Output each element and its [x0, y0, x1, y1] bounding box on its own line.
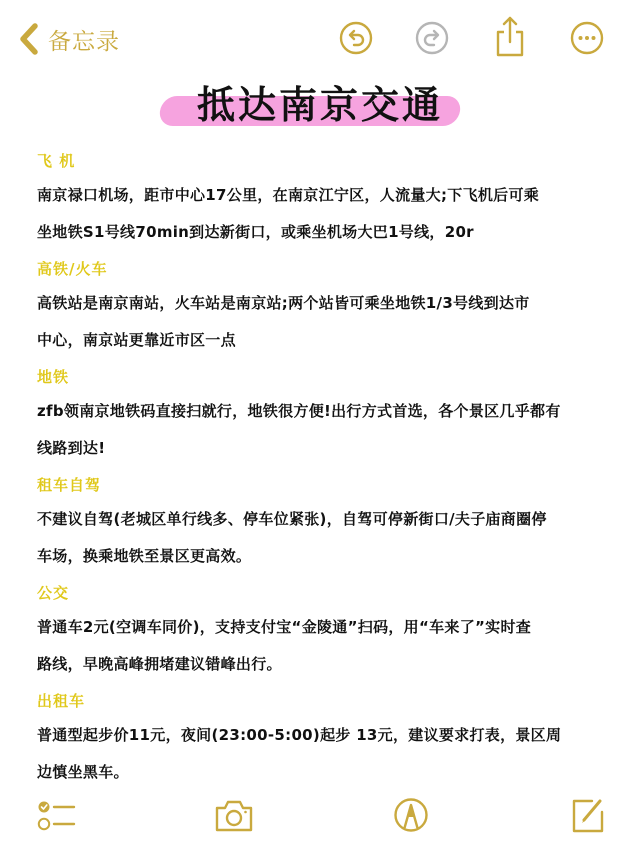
redo-button[interactable]: [414, 20, 450, 56]
section-car-rental: 租车自驾 不建议自驾(老城区单行线多、停车位紧张)，自驾可停新街口/夫子庙商圈停…: [37, 469, 627, 575]
share-button[interactable]: [492, 14, 528, 58]
camera-button[interactable]: [213, 798, 255, 834]
body-line: 高铁站是南京南站，火车站是南京站;两个站皆可乘坐地铁1/3号线到达市: [37, 285, 627, 322]
checklist-icon: [36, 798, 78, 834]
bottom-toolbar: [0, 795, 640, 847]
section-heading: 高铁/火车: [37, 253, 627, 285]
body-line: 线路到达!: [37, 430, 627, 467]
section-heading: 公交: [37, 577, 627, 609]
top-nav-bar: 备忘录: [0, 0, 640, 76]
section-plane: 飞 机 南京禄口机场，距市中心17公里，在南京江宁区，人流量大;下飞机后可乘 坐…: [37, 145, 627, 251]
body-line: 普通型起步价11元，夜间(23:00-5:00)起步 13元，建议要求打表，景区…: [37, 717, 627, 754]
section-heading: 飞 机: [37, 145, 627, 177]
body-line: 坐地铁S1号线70min到达新街口，或乘坐机场大巴1号线，20r: [37, 214, 627, 251]
body-line: 车场，换乘地铁至景区更高效。: [37, 538, 627, 575]
section-heading: 地铁: [37, 361, 627, 393]
checklist-button[interactable]: [36, 798, 78, 834]
body-line: 南京禄口机场，距市中心17公里，在南京江宁区，人流量大;下飞机后可乘: [37, 177, 627, 214]
body-line: 中心，南京站更靠近市区一点: [37, 322, 627, 359]
back-label: 备忘录: [48, 23, 120, 56]
undo-icon: [338, 20, 374, 56]
body-line: 边慎坐黑车。: [37, 754, 627, 791]
markup-icon: [392, 796, 430, 834]
compose-icon: [568, 795, 608, 835]
more-icon: [569, 20, 605, 56]
redo-icon: [414, 20, 450, 56]
section-metro: 地铁 zfb领南京地铁码直接扫就行，地铁很方便!出行方式首选，各个景区几乎都有 …: [37, 361, 627, 467]
note-body[interactable]: 飞 机 南京禄口机场，距市中心17公里，在南京江宁区，人流量大;下飞机后可乘 坐…: [37, 145, 627, 793]
undo-button[interactable]: [338, 20, 374, 56]
back-button[interactable]: 备忘录: [18, 20, 120, 58]
section-heading: 租车自驾: [37, 469, 627, 501]
more-button[interactable]: [569, 20, 605, 56]
body-line: 普通车2元(空调车同价)，支持支付宝“金陵通”扫码，用“车来了”实时查: [37, 609, 627, 646]
section-heading: 出租车: [37, 685, 627, 717]
camera-icon: [213, 798, 255, 834]
section-taxi: 出租车 普通型起步价11元，夜间(23:00-5:00)起步 13元，建议要求打…: [37, 685, 627, 791]
body-line: 路线，早晚高峰拥堵建议错峰出行。: [37, 646, 627, 683]
share-icon: [492, 14, 528, 58]
note-title: 抵达南京交通: [197, 74, 443, 136]
chevron-left-icon: [18, 22, 40, 56]
section-bus: 公交 普通车2元(空调车同价)，支持支付宝“金陵通”扫码，用“车来了”实时查 路…: [37, 577, 627, 683]
compose-button[interactable]: [568, 795, 608, 835]
body-line: zfb领南京地铁码直接扫就行，地铁很方便!出行方式首选，各个景区几乎都有: [37, 393, 627, 430]
body-line: 不建议自驾(老城区单行线多、停车位紧张)，自驾可停新街口/夫子庙商圈停: [37, 501, 627, 538]
note-title-block: 抵达南京交通: [0, 74, 640, 136]
section-train: 高铁/火车 高铁站是南京南站，火车站是南京站;两个站皆可乘坐地铁1/3号线到达市…: [37, 253, 627, 359]
markup-button[interactable]: [392, 796, 430, 834]
